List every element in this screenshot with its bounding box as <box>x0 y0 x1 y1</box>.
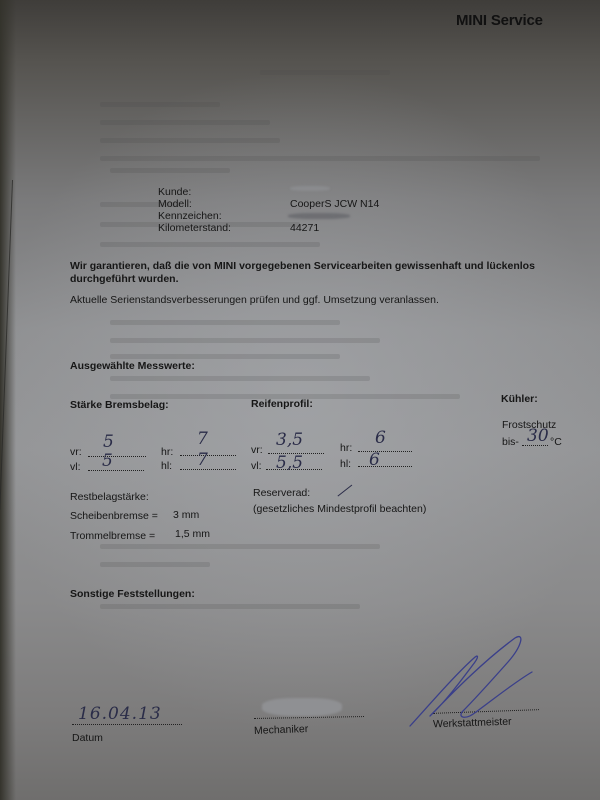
tire-vl-label: vl: <box>251 460 262 472</box>
brake-vr-value: 5 <box>103 432 114 452</box>
tire-vl-value: 5,5 <box>276 453 303 473</box>
disc-brake-value: 3 mm <box>173 509 199 521</box>
document-photo: MINI Service Kunde: Modell: Kennzeichen:… <box>0 0 600 800</box>
date-label: Datum <box>72 732 103 744</box>
bleed-through-line <box>110 354 340 359</box>
tire-hr-line <box>358 451 412 452</box>
drum-brake-label: Trommelbremse = <box>70 530 155 542</box>
label-kennzeichen: Kennzeichen: <box>158 210 222 222</box>
tire-hl-value: 6 <box>369 450 380 470</box>
brake-hl-value: 7 <box>197 450 208 470</box>
brand-header: MINI Service <box>456 12 543 29</box>
bleed-through-line <box>260 70 390 75</box>
tire-tread-heading: Reifenprofil: <box>251 398 313 410</box>
brake-vl-line <box>88 470 144 471</box>
bleed-through-line <box>100 562 210 567</box>
bleed-through-line <box>100 604 360 609</box>
brake-vr-label: vr: <box>70 446 82 458</box>
brake-hl-line <box>180 469 236 470</box>
frost-value: 30 <box>527 426 549 446</box>
paper-edge <box>0 180 13 510</box>
date-value: 16.04.13 <box>78 704 162 724</box>
bleed-through-line <box>110 168 230 173</box>
bleed-through-line <box>100 544 380 549</box>
spare-wheel-checkmark <box>337 485 352 497</box>
value-modell: CooperS JCW N14 <box>290 198 379 210</box>
bleed-through-line <box>110 320 340 325</box>
brake-hl-label: hl: <box>161 460 172 472</box>
guarantee-text-continued: durchgeführt wurden. <box>70 273 179 285</box>
brake-hr-line <box>180 455 236 456</box>
mechanic-line <box>254 716 364 719</box>
brake-hr-label: hr: <box>161 446 173 458</box>
tire-vr-value: 3,5 <box>276 430 303 450</box>
brake-vl-label: vl: <box>70 461 81 473</box>
disc-brake-label: Scheibenbremse = <box>70 510 158 522</box>
brake-vl-value: 5 <box>102 451 113 471</box>
label-kunde: Kunde: <box>158 186 191 198</box>
radiator-heading: Kühler: <box>501 393 538 405</box>
tire-vr-label: vr: <box>251 444 263 456</box>
date-line <box>72 724 182 725</box>
tire-hl-label: hl: <box>340 458 351 470</box>
frost-unit: °C <box>550 436 562 448</box>
mechanic-label: Mechaniker <box>254 723 309 737</box>
tire-hr-label: hr: <box>340 442 352 454</box>
spare-wheel-note: (gesetzliches Mindestprofil beachten) <box>253 503 426 515</box>
redacted-mechanic-signature <box>262 698 342 716</box>
bleed-through-line <box>110 338 380 343</box>
redacted-license-plate <box>288 213 350 219</box>
bleed-through-line <box>110 376 370 381</box>
value-kilometerstand: 44271 <box>290 222 319 234</box>
bleed-through-line <box>100 120 270 125</box>
frost-prefix: bis- <box>502 436 519 448</box>
guarantee-text: Wir garantieren, daß die von MINI vorgeg… <box>70 260 535 272</box>
tire-hl-line <box>358 466 412 467</box>
tire-hr-value: 6 <box>375 428 386 448</box>
bleed-through-line <box>100 156 540 161</box>
recall-note: Aktuelle Serienstandsverbesserungen prüf… <box>70 294 439 306</box>
label-kilometerstand: Kilometerstand: <box>158 222 231 234</box>
label-modell: Modell: <box>158 198 192 210</box>
other-findings-heading: Sonstige Feststellungen: <box>70 588 195 600</box>
brake-hr-value: 7 <box>197 429 208 449</box>
spare-wheel-label: Reserverad: <box>253 487 310 499</box>
drum-brake-value: 1,5 mm <box>175 528 210 540</box>
master-signature <box>400 630 560 740</box>
bleed-through-line <box>100 242 320 247</box>
brake-pads-heading: Stärke Bremsbelag: <box>70 399 169 411</box>
measurements-heading: Ausgewählte Messwerte: <box>70 360 195 372</box>
residual-heading: Restbelagstärke: <box>70 491 149 503</box>
brake-vr-line <box>88 456 146 457</box>
bleed-through-line <box>100 102 220 107</box>
redacted-customer-name <box>290 186 330 191</box>
bleed-through-line <box>100 138 280 143</box>
